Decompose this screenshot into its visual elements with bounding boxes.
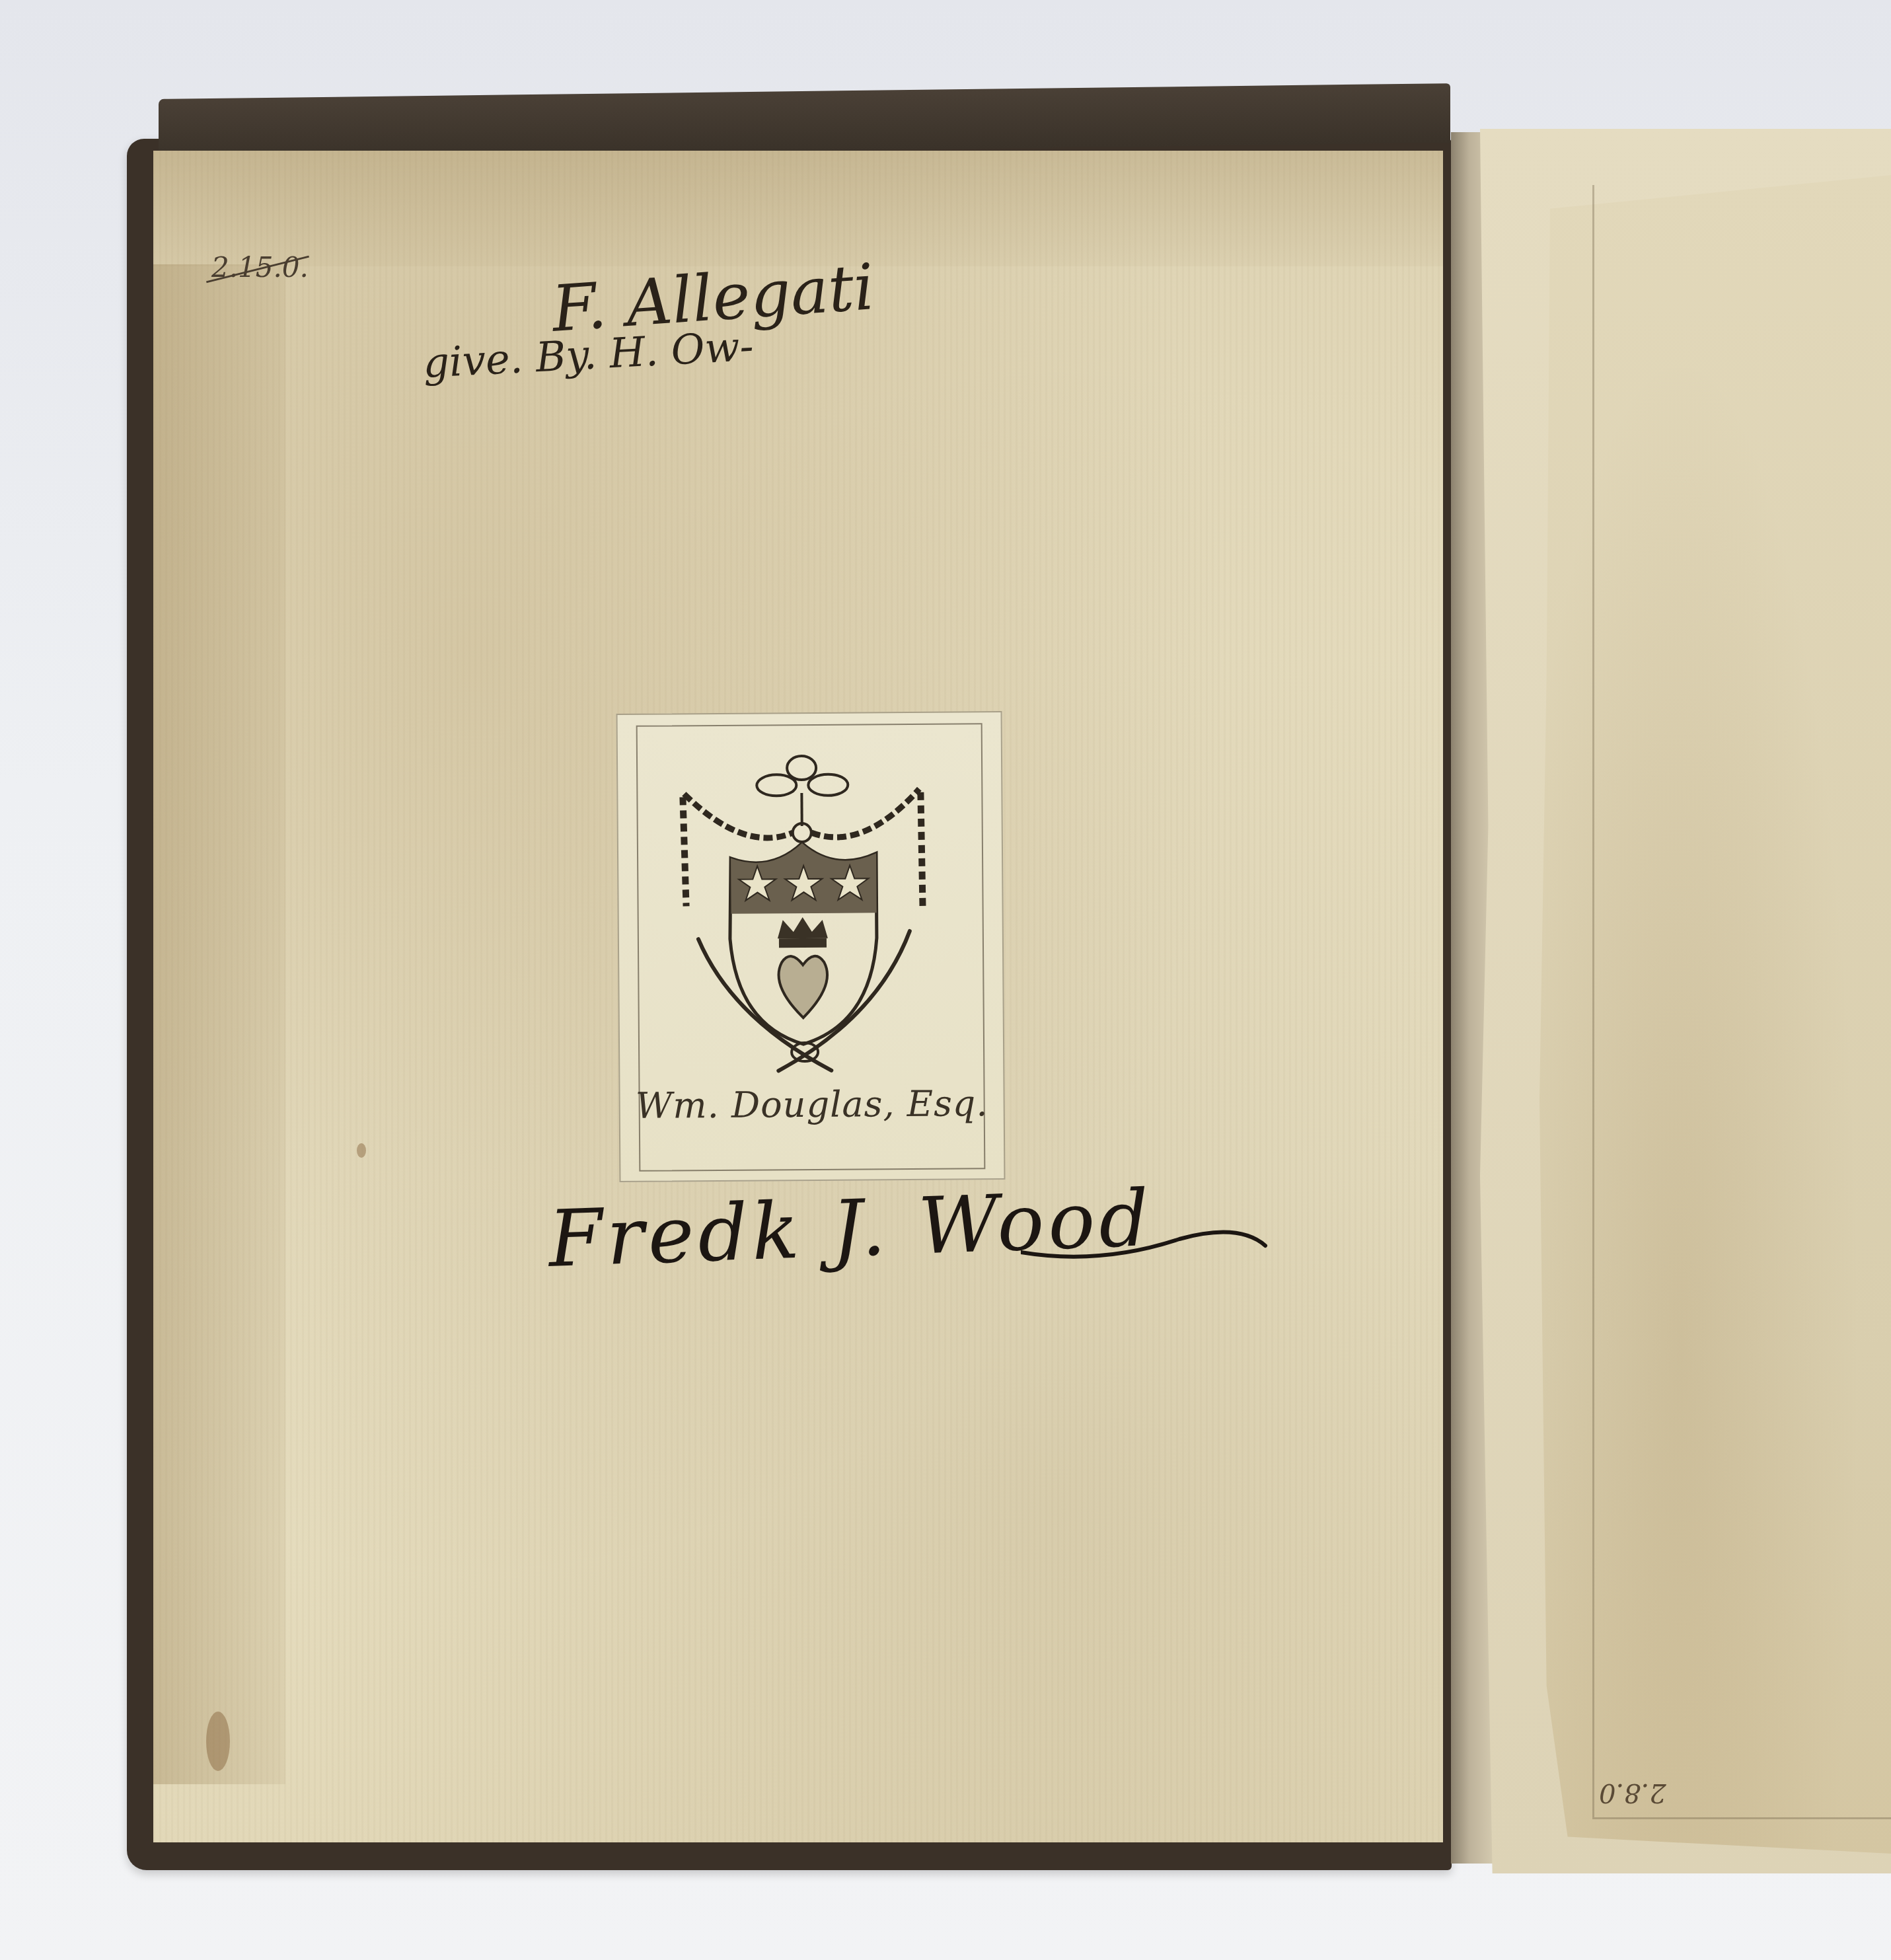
bookplate-owner-name: Wm. Douglas, Esq. bbox=[620, 1082, 1003, 1127]
flyleaf-price-note: 2.8.0 bbox=[1599, 1778, 1666, 1808]
endpaper-turn-in-top bbox=[153, 151, 1443, 266]
coat-of-arms-icon bbox=[657, 739, 964, 1084]
struck-price-note: 2.15.0. bbox=[211, 251, 309, 283]
signature-flourish-icon bbox=[1021, 1226, 1272, 1265]
foxing-stain bbox=[357, 1143, 366, 1158]
armorial-bookplate: Wm. Douglas, Esq. bbox=[616, 711, 1006, 1182]
flyleaf-fold-line bbox=[1592, 185, 1891, 1819]
foxing-stain bbox=[206, 1712, 230, 1771]
endpaper-turn-in-left bbox=[153, 264, 285, 1784]
